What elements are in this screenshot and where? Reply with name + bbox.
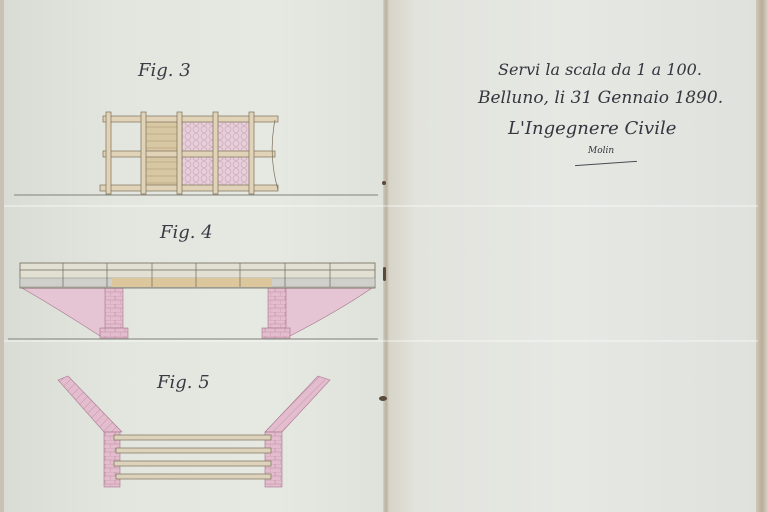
signature: Molin [588,146,614,156]
scale-note: Servi la scala da 1 a 100. [498,60,702,79]
fig3-drawing [0,0,400,512]
fig5-label: Fig. 5 [157,372,210,393]
binding-mark [379,396,387,401]
fig4-label: Fig. 4 [160,222,213,243]
page-edge [756,0,768,512]
binding-mark [383,267,386,281]
place-date: Belluno, li 31 Gennaio 1890. [478,88,723,108]
signatory-title: L'Ingegnere Civile [508,118,676,139]
pin-hole [382,181,386,185]
